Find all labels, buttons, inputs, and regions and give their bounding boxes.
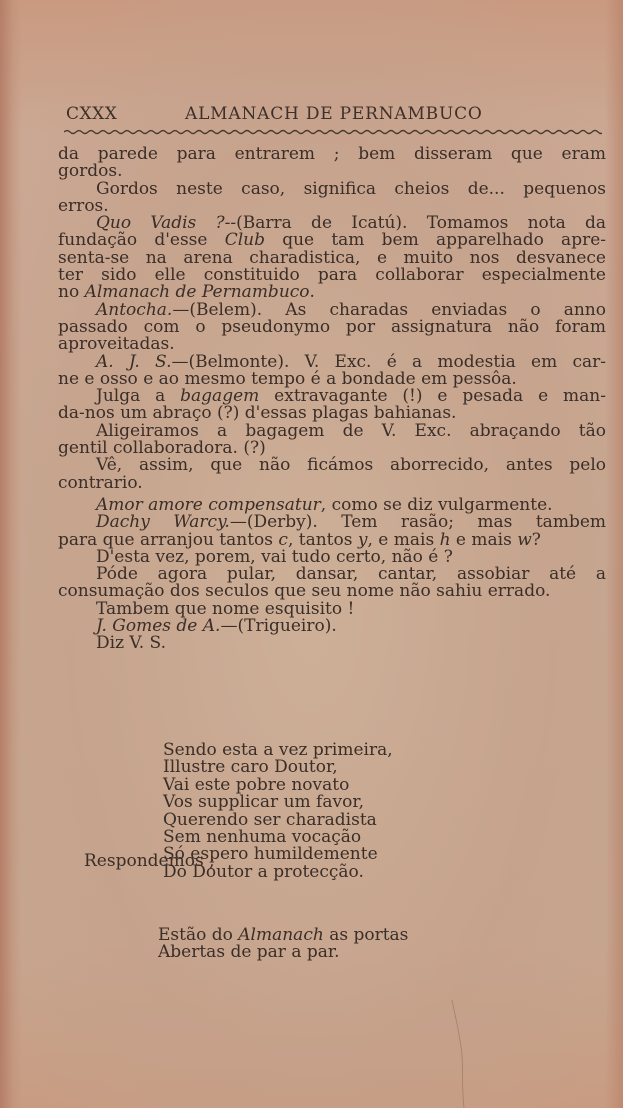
verse-line: Abertas de par a par. (158, 944, 408, 961)
verse-line: Vos supplicar um favor, (163, 794, 393, 811)
article-body: da parede para entrarem ; bem disseram q… (58, 146, 606, 653)
running-header: CXXX ALMANACH DE PERNAMBUCO (62, 104, 602, 130)
text-line: contrario. (58, 475, 606, 492)
paper-crease (450, 1000, 470, 1108)
text-line: da parede para entrarem ; bem disseram q… (58, 146, 606, 163)
wavy-rule-divider (64, 128, 602, 136)
reply-stanza: Estão do Almanach as portas Abertas de p… (158, 927, 408, 962)
page-number: CXXX (66, 104, 117, 124)
page-edge-shadow-right (605, 0, 623, 1108)
text-line: Diz V. S. (58, 635, 606, 652)
text-line: gordos. (58, 163, 606, 180)
page-edge-shadow-left (0, 0, 22, 1108)
running-title: ALMANACH DE PERNAMBUCO (185, 104, 483, 124)
respond-label: Respondemos ; (84, 851, 215, 871)
book-page: CXXX ALMANACH DE PERNAMBUCO da parede pa… (0, 0, 623, 1108)
text-line: Gordos neste caso, significa cheios de..… (58, 181, 606, 198)
